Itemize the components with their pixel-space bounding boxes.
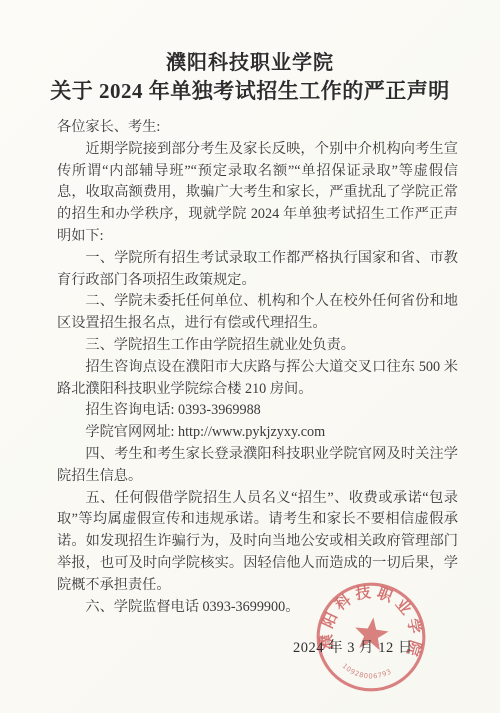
paragraph-item-1: 一、学院所有招生考试录取工作都严格执行国家和省、市教育行政部门各项招生政策规定。 [57,248,458,292]
paragraph-item-2: 二、学院未委托任何单位、机构和个人在校外任何省份和地区设置招生报名点，进行有偿或… [57,291,458,335]
document-body: 各位家长、考生: 近期学院接到部分考生及家长反映，个别中介机构向考生宣传所谓“内… [57,117,458,618]
document-title-line1: 濮阳科技职业学院 [0,50,500,77]
document-header: 濮阳科技职业学院 关于 2024 年单独考试招生工作的严正声明 [0,0,500,105]
paragraph-item-5: 五、任何假借学院招生人员名义“招生”、收费或承诺“包录取”等均属虚假宣传和违规承… [57,488,458,597]
paragraph-item-3: 三、学院招生工作由学院招生就业处负责。 [57,335,458,357]
paragraph-website: 学院官网网址: http://www.pykjzyxy.com [57,422,458,444]
official-seal-stamp: 濮阳科技职业学院 4109280067938 [307,573,434,700]
paragraph-consult-phone: 招生咨询电话: 0393-3969988 [57,400,458,422]
document-page: 濮阳科技职业学院 关于 2024 年单独考试招生工作的严正声明 各位家长、考生:… [0,0,500,713]
salutation: 各位家长、考生: [57,117,458,139]
document-title-line2: 关于 2024 年单独考试招生工作的严正声明 [0,77,500,105]
paragraph-intro: 近期学院接到部分考生及家长反映，个别中介机构向考生宣传所谓“内部辅导班”“预定录… [57,139,458,248]
date-line: 2024 年 3 月 12 日 [293,638,413,658]
paragraph-item-4: 四、考生和考生家长登录濮阳科技职业学院官网及时关注学院招生信息。 [57,444,458,488]
paragraph-consult-address: 招生咨询点设在濮阳市大庆路与挥公大道交叉口往东 500 米路北濮阳科技职业学院综… [57,357,458,401]
